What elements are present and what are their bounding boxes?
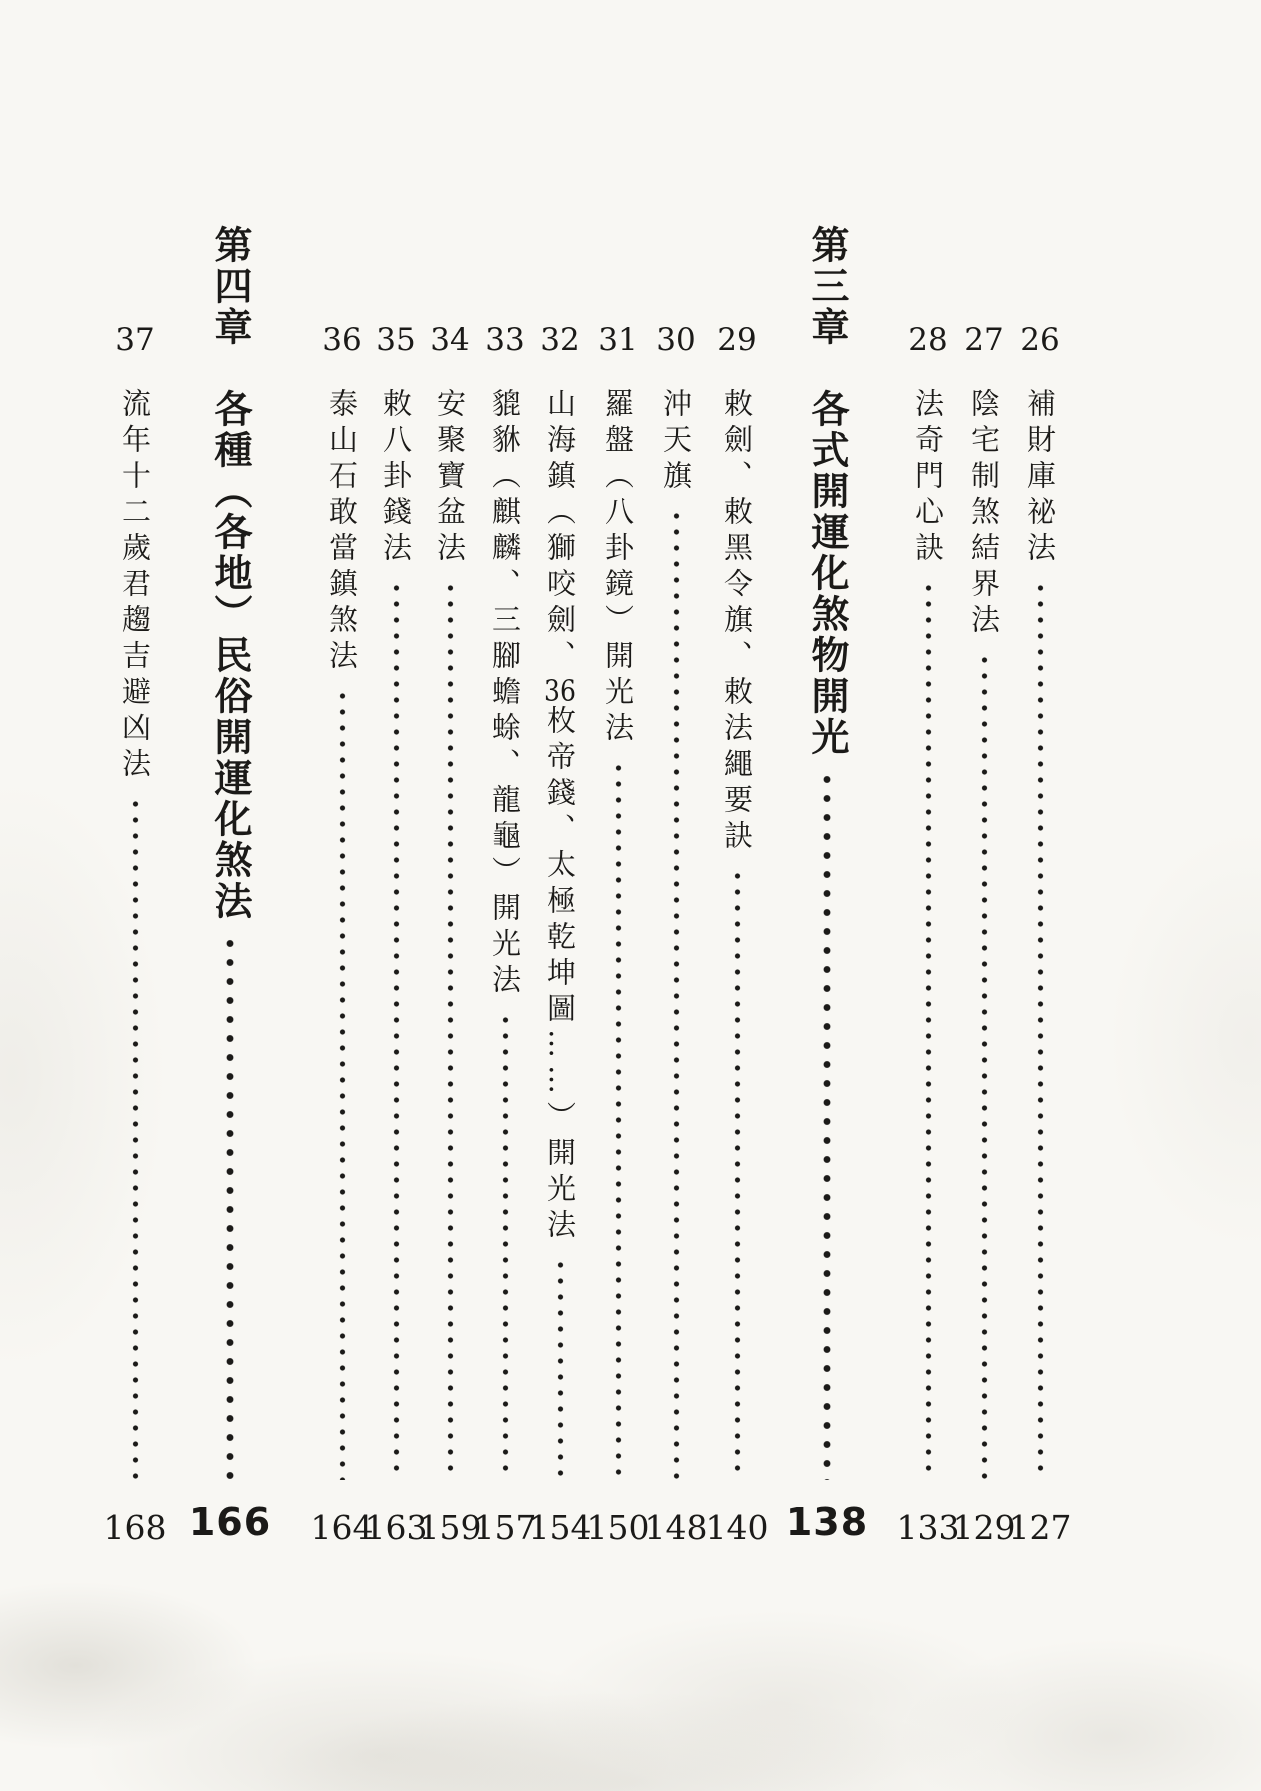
dot-leader [672,508,681,1480]
item-title: 補財庫祕法 [1018,388,1062,568]
page-number: 140 [692,1508,782,1547]
toc-column-item-30: 30 沖天旗 [654,318,698,1480]
item-title: 羅盤（八卦鏡）開光法 [596,388,640,748]
toc-column-item-37: 37 流年十二歲君趨吉避凶法 [113,318,157,1480]
dot-leader [614,760,623,1480]
page-number: 127 [995,1508,1085,1547]
page-number-chapter: 166 [185,1500,275,1544]
item-title: 敕八卦錢法 [374,388,418,568]
page-number: 168 [90,1508,180,1547]
item-number: 34 [430,318,469,362]
toc-column-item-29: 29 敕劍、敕黑令旗、敕法繩要訣 [715,318,759,1480]
toc-column-item-32: 32 山海鎮（獅咬劍、36枚帝錢、太極乾坤圖……）開光法 [538,318,582,1480]
dot-leader [924,580,933,1480]
item-title: 山海鎮（獅咬劍、36枚帝錢、太極乾坤圖……）開光法 [538,388,582,1245]
toc-column-item-28: 28 法奇門心訣 [906,318,950,1480]
dot-leader [392,580,401,1480]
dot-leader [733,868,742,1480]
toc-column-item-34: 34 安聚寶盆法 [428,318,472,1480]
toc-column-chapter-4: 第四章 各種（各地）民俗開運化煞法 [202,225,258,1480]
chapter-title: 第三章 各式開運化煞物開光 [799,225,855,758]
item-title: 安聚寶盆法 [428,388,472,568]
item-title: 法奇門心訣 [906,388,950,568]
dot-leader-bold [224,934,236,1480]
item-number: 35 [376,318,415,362]
item-title: 泰山石敢當鎮煞法 [320,388,364,676]
dot-leader [1036,580,1045,1480]
dot-leader [338,688,347,1480]
item-number: 29 [717,318,756,362]
dot-leader [501,1012,510,1480]
item-title: 陰宅制煞結界法 [962,388,1006,640]
item-number: 26 [1020,318,1059,362]
item-number: 31 [598,318,637,362]
item-number: 27 [964,318,1003,362]
dot-leader [556,1257,565,1480]
toc-column-item-36: 36 泰山石敢當鎮煞法 [320,318,364,1480]
item-title: 沖天旗 [654,388,698,496]
item-number: 32 [540,318,579,362]
toc-column-item-33: 33 貔貅（麒麟、三腳蟾蜍、龍龜）開光法 [483,318,527,1480]
toc-column-chapter-3: 第三章 各式開運化煞物開光 [799,225,855,1480]
chapter-title: 第四章 各種（各地）民俗開運化煞法 [202,225,258,922]
dot-leader [446,580,455,1480]
item-title: 流年十二歲君趨吉避凶法 [113,388,157,784]
item-title: 貔貅（麒麟、三腳蟾蜍、龍龜）開光法 [483,388,527,1000]
dot-leader [131,796,140,1480]
item-number: 36 [322,318,361,362]
toc-column-item-26: 26 補財庫祕法 [1018,318,1062,1480]
item-number: 37 [115,318,154,362]
page-number-chapter: 138 [782,1500,872,1544]
item-title: 敕劍、敕黑令旗、敕法繩要訣 [715,388,759,856]
dot-leader-bold [821,770,833,1480]
item-number: 30 [656,318,695,362]
toc-column-item-31: 31 羅盤（八卦鏡）開光法 [596,318,640,1480]
toc-column-item-35: 35 敕八卦錢法 [374,318,418,1480]
toc-column-item-27: 27 陰宅制煞結界法 [962,318,1006,1480]
dot-leader [980,652,989,1480]
item-number: 33 [485,318,524,362]
item-number: 28 [908,318,947,362]
